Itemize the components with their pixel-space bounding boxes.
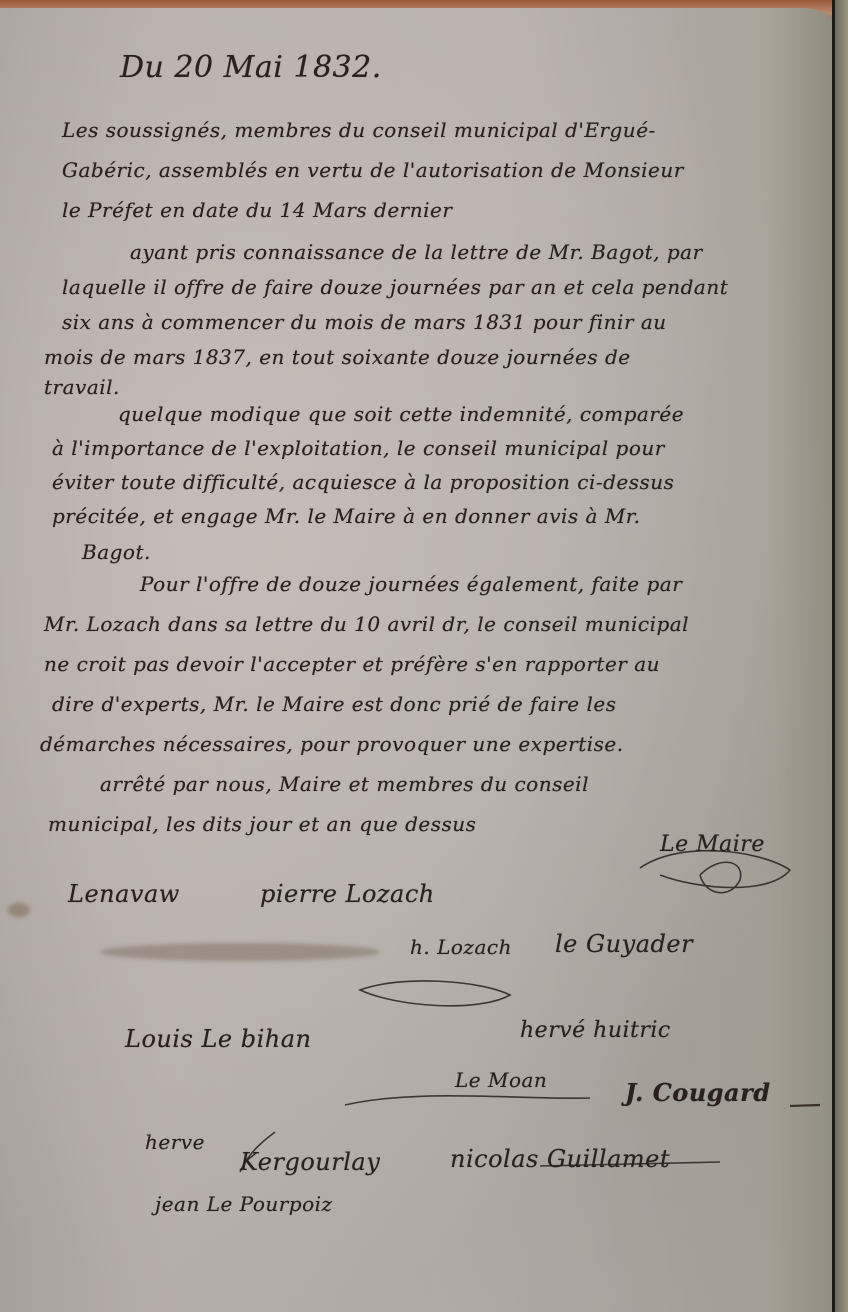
signature: pierre Lozach [260, 880, 435, 908]
document-date-heading: Du 20 Mai 1832. [120, 50, 382, 85]
body-line: travail. [44, 375, 120, 399]
signature: hervé huitric [520, 1018, 671, 1043]
body-line: Les soussignés, membres du conseil munic… [62, 118, 656, 142]
binding-strip [835, 0, 848, 1312]
body-line: le Préfet en date du 14 Mars dernier [62, 198, 452, 222]
signature: nicolas Guillamet [450, 1145, 670, 1173]
body-line: Pour l'offre de douze journées également… [140, 572, 682, 596]
signature: Le Moan [455, 1068, 547, 1092]
body-line: éviter toute difficulté, acquiesce à la … [52, 470, 674, 494]
body-line: mois de mars 1837, en tout soixante douz… [44, 345, 631, 369]
ink-stain [8, 903, 30, 917]
body-line: quelque modique que soit cette indemnité… [118, 402, 684, 426]
signature: h. Lozach [410, 935, 512, 959]
body-line: Gabéric, assemblés en vertu de l'autoris… [62, 158, 684, 182]
body-line: précitée, et engage Mr. le Maire à en do… [52, 504, 641, 528]
body-line: arrêté par nous, Maire et membres du con… [100, 772, 589, 796]
body-line: ne croit pas devoir l'accepter et préfèr… [44, 652, 660, 676]
signature: le Guyader [555, 930, 693, 958]
body-line: ayant pris connaissance de la lettre de … [130, 240, 703, 264]
signature: herve [145, 1130, 205, 1154]
body-line: Bagot. [82, 540, 151, 564]
signature: Lenavaw [68, 880, 180, 908]
signature: J. Cougard [625, 1078, 771, 1107]
body-line: à l'importance de l'exploitation, le con… [52, 436, 665, 460]
signature-le-maire: Le Maire [660, 832, 765, 857]
body-line: démarches nécessaires, pour provoquer un… [40, 732, 624, 756]
body-line: municipal, les dits jour et an que dessu… [48, 812, 476, 836]
signature: jean Le Pourpoiz [155, 1192, 333, 1216]
body-line: Mr. Lozach dans sa lettre du 10 avril dr… [44, 612, 689, 636]
body-line: laquelle il offre de faire douze journée… [62, 275, 728, 299]
body-line: dire d'experts, Mr. le Maire est donc pr… [52, 692, 616, 716]
signature: Kergourlay [240, 1148, 380, 1176]
body-line: six ans à commencer du mois de mars 1831… [62, 310, 667, 334]
faded-ink-smudge [100, 943, 380, 961]
signature: Louis Le bihan [125, 1025, 312, 1053]
